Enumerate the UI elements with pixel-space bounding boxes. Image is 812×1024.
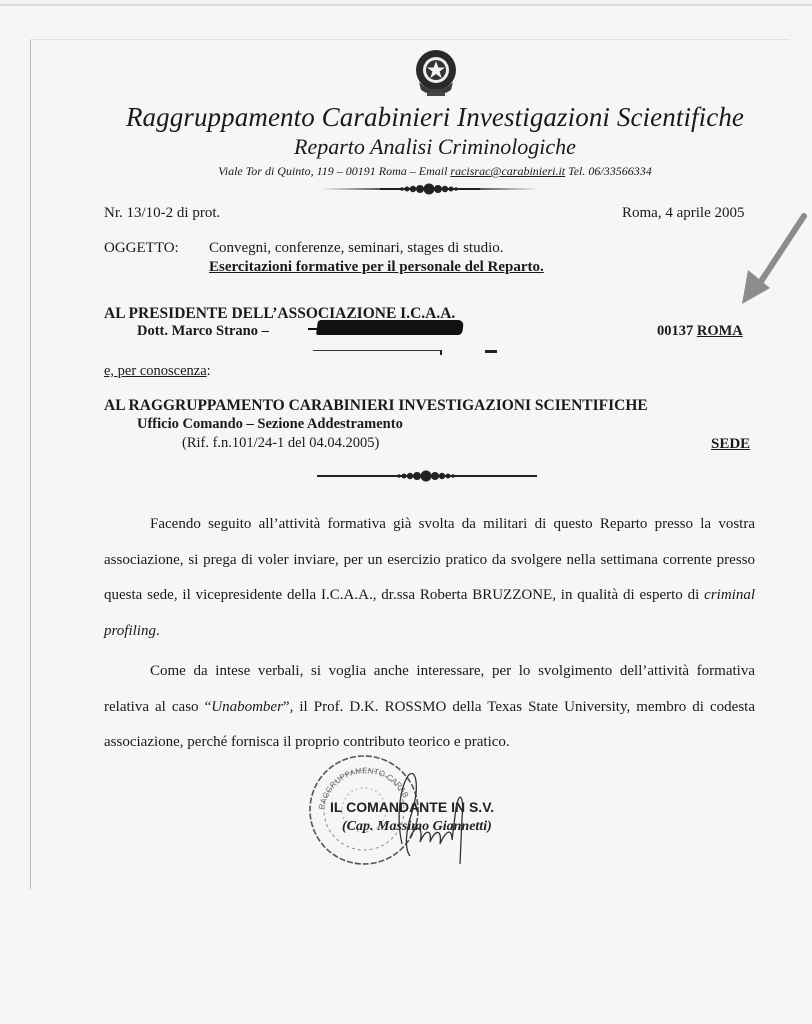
cc-label-text: e, per conoscenza [104, 363, 207, 379]
address-text: Viale Tor di Quinto, 119 – 00191 Roma – … [218, 164, 450, 178]
redacted-address-mark [440, 350, 442, 355]
scan-top-edge [30, 39, 790, 40]
organization-name: Raggruppamento Carabinieri Investigazion… [0, 102, 812, 133]
handwritten-signature [390, 768, 480, 868]
cc-location: SEDE [711, 436, 750, 453]
email-link[interactable]: racisrac@carabinieri.it [450, 164, 565, 178]
contact-line: Viale Tor di Quinto, 119 – 00191 Roma – … [0, 164, 812, 179]
redacted-address-line [313, 350, 441, 351]
cc-recipient-title: AL RAGGRUPPAMENTO CARABINIERI INVESTIGAZ… [104, 397, 648, 415]
redaction-bar [316, 320, 464, 335]
body-paragraph: Come da intese verbali, si voglia anche … [104, 654, 755, 761]
cc-label: e, per conoscenza: [104, 363, 211, 380]
document-page: Raggruppamento Carabinieri Investigazion… [0, 4, 812, 1024]
italian-republic-emblem-icon [411, 46, 461, 102]
city-name: ROMA [697, 323, 743, 339]
paragraph-text: . [156, 623, 160, 639]
cc-colon: : [207, 363, 211, 379]
ornamental-divider [320, 182, 540, 196]
cc-office: Ufficio Comando – Sezione Addestramento [137, 416, 403, 433]
recipient-city: 00137 ROMA [657, 323, 743, 340]
phone-text: Tel. 06/33566334 [565, 164, 652, 178]
paragraph-text: Facendo seguito all’attività formativa g… [104, 516, 755, 603]
recipient-name: Dott. Marco Strano – [137, 323, 269, 340]
paragraph-italic-term: Unabomber [211, 699, 283, 715]
cc-reference: (Rif. f.n.101/24-1 del 04.04.2005) [182, 435, 379, 452]
subject-label: OGGETTO: [104, 240, 179, 257]
department-name: Reparto Analisi Criminologiche [0, 134, 812, 160]
body-paragraph: Facendo seguito all’attività formativa g… [104, 507, 755, 649]
ornamental-divider [317, 469, 537, 483]
redacted-address-mark [485, 350, 497, 353]
subject-line: Convegni, conferenze, seminari, stages d… [209, 240, 504, 257]
hand-drawn-arrow-icon [738, 212, 808, 308]
place-date: Roma, 4 aprile 2005 [622, 205, 744, 222]
protocol-number: Nr. 13/10-2 di prot. [104, 205, 220, 222]
postcode: 00137 [657, 323, 697, 339]
subject-line-emphasis: Esercitazioni formative per il personale… [209, 259, 544, 276]
